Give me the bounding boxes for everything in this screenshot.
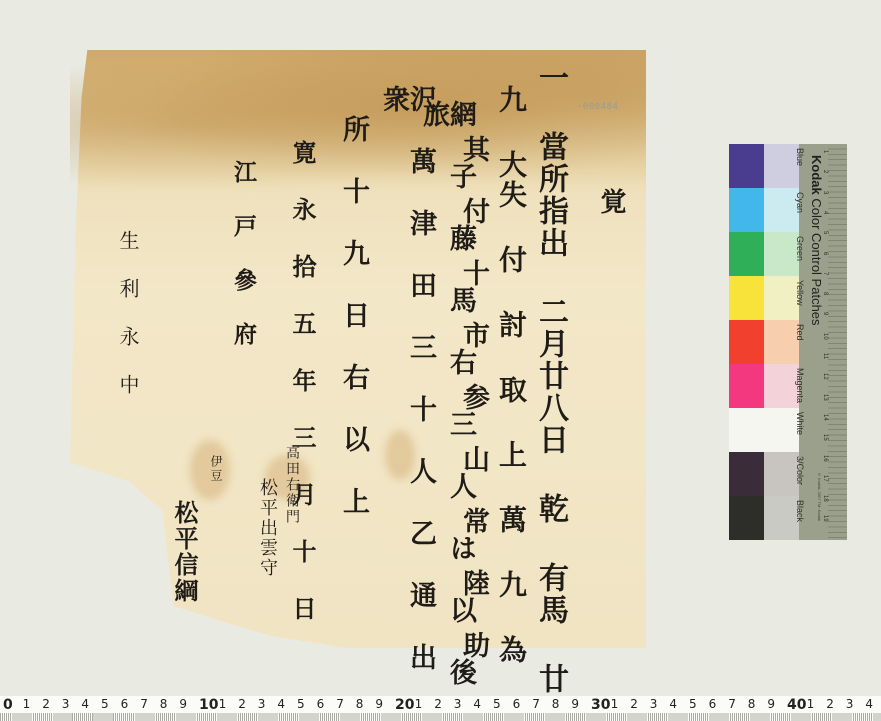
kodak-brand: Kodak: [809, 155, 824, 195]
patch-black-solid: [729, 496, 764, 540]
signature-2: 松平出雲守: [258, 478, 276, 578]
ruler-label: 7: [532, 697, 540, 711]
patch-3-color-tint: [764, 452, 799, 496]
ruler-label: 6: [513, 697, 521, 711]
patch-label: Cyan: [795, 192, 805, 213]
ruler-label: 6: [317, 697, 325, 711]
patch-blue-solid: [729, 144, 764, 188]
ruler-label: 2: [42, 697, 50, 711]
patch-label: Black: [795, 500, 805, 522]
ruler-label: 6: [121, 697, 129, 711]
patch-green-tint: [764, 232, 799, 276]
ruler-label: 9: [375, 697, 383, 711]
ruler-label: 10: [199, 697, 218, 713]
kodak-card-title: Kodak Color Control Patches: [809, 155, 824, 326]
patch-cyan-solid: [729, 188, 764, 232]
kodak-card-subtitle: Color Control Patches: [809, 198, 824, 325]
ruler-label: 4: [669, 697, 677, 711]
patch-label: Green: [795, 236, 805, 261]
ruler-label: 7: [336, 697, 344, 711]
accession-number: ·000484: [577, 102, 618, 112]
side-scale-number: 1: [822, 150, 828, 153]
patch-label: White: [795, 412, 805, 435]
ruler-label: 4: [277, 697, 285, 711]
ruler-label: 1: [415, 697, 423, 711]
ruler-label: 9: [179, 697, 187, 711]
side-scale-number: 16: [822, 455, 828, 462]
side-scale-number: 6: [822, 252, 828, 255]
ruler-label: 1: [807, 697, 815, 711]
text-column-5: 沢 萬 津 田 三 十 人 乙 通 出 衆: [380, 85, 434, 721]
text-column-8: 江 戸 參 府: [232, 160, 255, 347]
patch-red-solid: [729, 320, 764, 364]
ruler-label: 4: [81, 697, 89, 711]
ruler-ticks: [0, 713, 881, 721]
side-scale-number: 11: [822, 353, 828, 359]
patch-label: Blue: [795, 148, 805, 166]
ruler-label: 40: [787, 697, 806, 713]
side-scale-number: 15: [822, 434, 828, 441]
side-scale-number: 17: [822, 475, 828, 482]
patch-yellow-tint: [764, 276, 799, 320]
ruler-label: 7: [728, 697, 736, 711]
patch-magenta-solid: [729, 364, 764, 408]
ruler-label: 9: [571, 697, 579, 711]
ruler-label: 5: [493, 697, 501, 711]
side-scale-number: 13: [822, 394, 828, 401]
patch-3-color-solid: [729, 452, 764, 496]
side-scale-number: 5: [822, 231, 828, 234]
ruler-label: 4: [473, 697, 481, 711]
ruler-label: 3: [650, 697, 658, 711]
ruler-label: 1: [219, 697, 227, 711]
card-side-scale: [828, 144, 847, 540]
patch-label: Yellow: [795, 280, 805, 306]
side-scale-number: 3: [822, 191, 828, 194]
side-scale-number: 9: [822, 312, 828, 315]
ruler-label: 3: [258, 697, 266, 711]
side-scale-number: 19: [822, 515, 828, 522]
signature-3: 伊豆: [210, 455, 222, 483]
text-column-9: 生 利 永 中: [118, 230, 138, 396]
ruler-label: 30: [591, 697, 610, 713]
patch-yellow-solid: [729, 276, 764, 320]
patch-red-tint: [764, 320, 799, 364]
side-scale-number: 12: [822, 373, 828, 380]
patch-green-solid: [729, 232, 764, 276]
ruler-label: 6: [709, 697, 717, 711]
patch-cyan-tint: [764, 188, 799, 232]
ruler-label: 4: [865, 697, 873, 711]
side-scale-number: 18: [822, 495, 828, 502]
text-column-2: 九 大失 付 討 取 上 萬 九 為: [497, 85, 525, 665]
signature-1: 高田右衛門: [285, 445, 299, 525]
ruler-label: 8: [552, 697, 560, 711]
ruler-label: 20: [395, 697, 414, 713]
heading-mark: 覚: [598, 188, 624, 216]
ruler-label: 7: [140, 697, 148, 711]
ruler-label: 5: [101, 697, 109, 711]
side-scale-number: 7: [822, 272, 828, 275]
signature-4: 松平信綱: [172, 500, 196, 604]
ruler-label: 2: [630, 697, 638, 711]
ruler-label: 2: [238, 697, 246, 711]
patch-label: Red: [795, 324, 805, 341]
ruler-label: 3: [454, 697, 462, 711]
side-scale-number: 2: [822, 170, 828, 173]
side-scale-number: 4: [822, 211, 828, 214]
text-column-1: 一 當所指出 二月廿八日 乾 有馬 廿: [535, 62, 565, 695]
patch-magenta-tint: [764, 364, 799, 408]
ruler-label: 1: [23, 697, 31, 711]
ruler-label: 1: [611, 697, 619, 711]
side-scale-number: 8: [822, 292, 828, 295]
date-column: 寛 永 拾 五 年 三 月 十 日: [290, 140, 314, 622]
ruler-label: 5: [689, 697, 697, 711]
patch-label: 3/Color: [795, 456, 805, 485]
side-scale-number: 14: [822, 414, 828, 421]
ruler-label: 5: [297, 697, 305, 711]
measurement-ruler: 0123456789101234567892012345678930123456…: [0, 696, 881, 721]
patch-label: Magenta: [795, 368, 805, 403]
ruler-label: 8: [356, 697, 364, 711]
ruler-label: 3: [846, 697, 854, 711]
patch-white-solid: [729, 408, 799, 452]
ruler-label: 9: [767, 697, 775, 711]
patch-black-tint: [764, 496, 799, 540]
ruler-label: 8: [160, 697, 168, 711]
ruler-label: 3: [62, 697, 70, 711]
ruler-label: 2: [434, 697, 442, 711]
text-column-6: 所 十 九 日 右 以 上: [340, 115, 367, 516]
ruler-label: 2: [826, 697, 834, 711]
patch-blue-tint: [764, 144, 799, 188]
ruler-label: 8: [748, 697, 756, 711]
ruler-label: 0: [3, 697, 13, 713]
ruler-labels: 0123456789101234567892012345678930123456…: [0, 697, 881, 713]
side-scale-number: 10: [822, 333, 828, 340]
